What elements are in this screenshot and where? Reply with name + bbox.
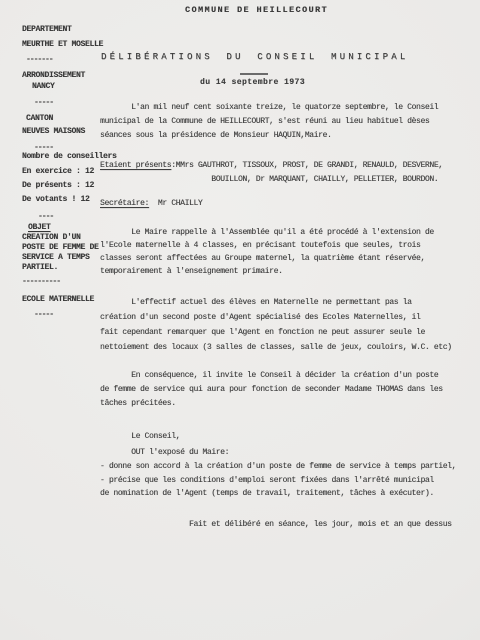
sidebar-line-departement: DEPARTEMENT [22, 25, 72, 35]
secretary-line: Secrétaire: Mr CHAILLY [100, 197, 202, 211]
commune-header: COMMUNE DE HEILLECOURT [185, 5, 328, 15]
objet-line-poste: POSTE DE FEMME DE [22, 243, 99, 253]
sidebar-line-de-votants: De votants ! 12 [22, 195, 90, 205]
le-conseil-line: Le Conseil, [100, 430, 180, 444]
oui-expose-line: OUT l'exposé du Maire: [100, 446, 229, 460]
objet-line-partiel: PARTIEL. [22, 263, 58, 273]
deliberations-title: DÉLIBÉRATIONS DU CONSEIL MUNICIPAL [101, 52, 408, 62]
sidebar-line-neuves-maisons: NEUVES MAISONS [22, 127, 85, 137]
title-rule [240, 73, 268, 75]
presents-label: Etaient présents [100, 161, 171, 170]
sidebar-line-en-exercice: En exercice : 12 [22, 167, 94, 177]
sidebar-line-meurthe: MEURTHE ET MOSELLE [22, 40, 103, 50]
paragraph-effectif: L'effectif actuel des élèves en Maternel… [100, 295, 452, 355]
paragraph-consequence: En conséquence, il invite le Conseil à d… [100, 369, 443, 411]
objet-line-creation: CREATION D'UN [22, 233, 81, 243]
sidebar-line-de-presents: De présents : 12 [22, 181, 94, 191]
secretary-name: Mr CHAILLY [149, 199, 202, 208]
sidebar-line-nancy: NANCY [32, 82, 55, 92]
sidebar-line-arrondissement: ARRONDISSEMENT [22, 71, 85, 81]
resolution-list: - donne son accord à la création d'un po… [100, 460, 456, 501]
objet-label: OBJET [28, 223, 51, 233]
paragraph-opening: L'an mil neuf cent soixante treize, le q… [100, 101, 438, 143]
sidebar-separator: ---- [38, 212, 53, 222]
session-date: du 14 septembre 1973 [200, 78, 305, 87]
sidebar-line-ecole-maternelle: ECOLE MATERNELLE [22, 295, 94, 305]
sidebar-line-canton: CANTON [26, 114, 53, 124]
objet-line-service: SERVICE A TEMPS [22, 253, 90, 263]
paragraph-extension: Le Maire rappelle à l'Assemblée qu'il a … [100, 226, 434, 278]
secretary-label: Secrétaire: [100, 199, 149, 208]
sidebar-separator: ----- [34, 98, 53, 108]
presents-line: Etaient présents:MMrs GAUTHROT, TISSOUX,… [100, 159, 443, 187]
sidebar-separator: ----- [34, 310, 53, 320]
scanned-document-page: COMMUNE DE HEILLECOURT DÉLIBÉRATIONS DU … [0, 0, 480, 640]
sidebar-separator: ------- [26, 55, 53, 65]
closing-line: Fait et délibéré en séance, les jour, mo… [100, 518, 452, 532]
sidebar-separator: ---------- [22, 277, 60, 287]
